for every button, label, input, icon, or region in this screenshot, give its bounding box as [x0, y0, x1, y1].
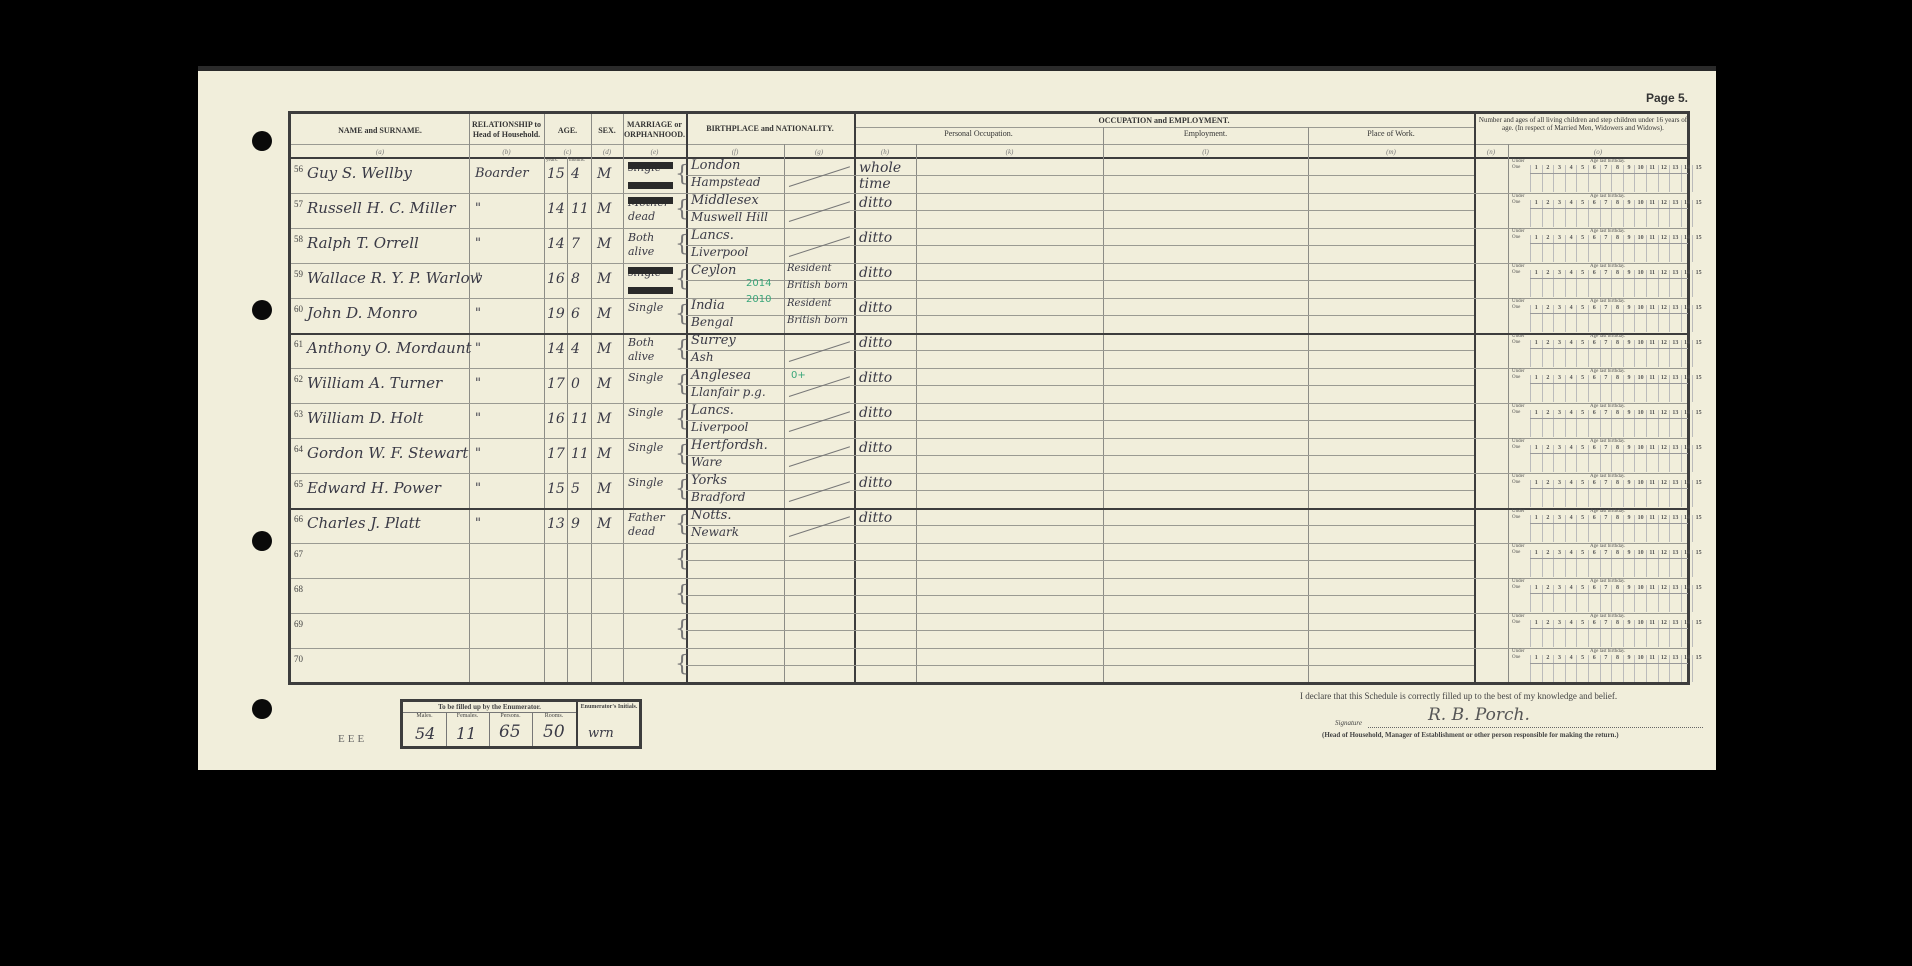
- nationality-line-1: Resident: [787, 298, 832, 309]
- persons-count: 65: [499, 722, 521, 742]
- birthplace-town: Bradford: [691, 490, 745, 504]
- under-one-label: Under One: [1512, 649, 1528, 661]
- age-number: 13: [1669, 305, 1681, 332]
- col-letter-g: (g): [784, 148, 854, 156]
- age-number: 13: [1669, 655, 1681, 682]
- column-divider: [567, 157, 568, 682]
- green-annotation: 2010: [746, 294, 771, 305]
- age-number: 11: [1646, 165, 1658, 192]
- age-months: 11: [571, 446, 589, 462]
- enumerator-box: To be filled up by the Enumerator. Enume…: [400, 699, 642, 749]
- age-number-row: 123456789101112131415: [1530, 655, 1704, 682]
- brace-mark: {: [675, 267, 689, 292]
- personal-occupation: ditto: [859, 300, 892, 316]
- age-number: 4: [1565, 515, 1577, 542]
- age-number: 6: [1588, 235, 1600, 262]
- rule: [291, 157, 1687, 159]
- age-number: 8: [1611, 235, 1623, 262]
- age-number: 9: [1623, 445, 1635, 472]
- age-number: 5: [1576, 200, 1588, 227]
- birthplace-county: India: [691, 298, 725, 313]
- personal-occupation: ditto: [859, 475, 892, 491]
- person-name: Wallace R. Y. P. Warlow: [307, 269, 482, 287]
- age-number: 1: [1530, 620, 1542, 647]
- age-number: 1: [1530, 655, 1542, 682]
- header-occupation: OCCUPATION and EMPLOYMENT.: [854, 116, 1474, 126]
- age-years: 15: [547, 481, 565, 497]
- rule: [291, 333, 1687, 335]
- age-number: 10: [1634, 620, 1646, 647]
- age-last-birthday-label: Age last birthday.: [1590, 509, 1625, 514]
- rule: [291, 613, 1687, 614]
- birthplace-town: Hampstead: [691, 175, 761, 189]
- signature-line: [1368, 715, 1703, 728]
- rule: [686, 595, 1474, 596]
- row-number: 65: [294, 479, 303, 489]
- row-number: 59: [294, 269, 303, 279]
- rule: [291, 263, 1687, 264]
- age-number: 15: [1692, 585, 1704, 612]
- age-number: 2: [1542, 620, 1554, 647]
- age-number: 1: [1530, 270, 1542, 297]
- age-last-birthday-label: Age last birthday.: [1590, 649, 1625, 654]
- under-one-label: Under One: [1512, 474, 1528, 486]
- age-number: 15: [1692, 445, 1704, 472]
- age-number: 2: [1542, 270, 1554, 297]
- age-years: 15: [547, 166, 565, 182]
- age-number: 3: [1553, 585, 1565, 612]
- age-number: 13: [1669, 515, 1681, 542]
- under-one-label: Under One: [1512, 299, 1528, 311]
- age-last-birthday-label: Age last birthday.: [1590, 159, 1625, 164]
- personal-occupation: whole: [859, 160, 901, 176]
- relationship: ": [475, 341, 481, 356]
- age-number: 4: [1565, 445, 1577, 472]
- brace-mark: {: [675, 477, 689, 502]
- age-number-row: 123456789101112131415: [1530, 235, 1704, 262]
- age-number: 13: [1669, 270, 1681, 297]
- col-letter-b: (b): [469, 148, 544, 156]
- age-number-row: 123456789101112131415: [1530, 550, 1704, 577]
- age-number: 2: [1542, 515, 1554, 542]
- sex: M: [597, 376, 611, 392]
- brace-mark: {: [675, 582, 689, 607]
- age-number: 4: [1565, 585, 1577, 612]
- sex: M: [597, 481, 611, 497]
- row-number: 60: [294, 304, 303, 314]
- age-number: 12: [1658, 235, 1670, 262]
- punch-hole: [252, 131, 272, 151]
- column-divider: [1508, 144, 1509, 682]
- rule: [686, 525, 1474, 526]
- age-number: 11: [1646, 515, 1658, 542]
- sex: M: [597, 516, 611, 532]
- age-number: 13: [1669, 585, 1681, 612]
- age-number: 9: [1623, 375, 1635, 402]
- col-letter-o: (o): [1508, 148, 1688, 156]
- header-place-of-work: Place of Work.: [1308, 129, 1474, 139]
- census-schedule-page: Page 5. NAME and SURNAME. RELATIONSHIP t…: [198, 66, 1716, 770]
- age-number: 5: [1576, 480, 1588, 507]
- age-number: 8: [1611, 165, 1623, 192]
- col-letter-n: (n): [1474, 148, 1508, 156]
- relationship: ": [475, 376, 481, 391]
- children-age-grid: Under OneAge last birthday.1234567891011…: [1510, 439, 1688, 472]
- age-months: 4: [571, 341, 580, 357]
- rule: [686, 385, 1474, 386]
- brace-mark: {: [675, 617, 689, 642]
- age-number: 4: [1565, 235, 1577, 262]
- age-number: 7: [1600, 235, 1612, 262]
- age-number: 13: [1669, 445, 1681, 472]
- age-number: 2: [1542, 305, 1554, 332]
- age-number: 14: [1681, 340, 1693, 367]
- age-number: 12: [1658, 410, 1670, 437]
- rule: [291, 298, 1687, 299]
- age-number: 6: [1588, 270, 1600, 297]
- age-months: 8: [571, 271, 580, 287]
- age-number: 6: [1588, 620, 1600, 647]
- age-number: 1: [1530, 200, 1542, 227]
- age-number: 6: [1588, 375, 1600, 402]
- age-number: 6: [1588, 410, 1600, 437]
- header-children: Number and ages of all living children a…: [1477, 116, 1689, 132]
- age-number: 10: [1634, 340, 1646, 367]
- brace-mark: {: [675, 512, 689, 537]
- age-number: 6: [1588, 165, 1600, 192]
- age-number: 7: [1600, 200, 1612, 227]
- age-number: 9: [1623, 550, 1635, 577]
- birthplace-county: Hertfordsh.: [691, 438, 768, 453]
- age-number: 15: [1692, 410, 1704, 437]
- age-number: 5: [1576, 515, 1588, 542]
- age-number: 6: [1588, 480, 1600, 507]
- age-number: 13: [1669, 200, 1681, 227]
- age-number: 3: [1553, 515, 1565, 542]
- children-age-grid: Under OneAge last birthday.1234567891011…: [1510, 579, 1688, 612]
- age-number: 2: [1542, 375, 1554, 402]
- age-number: 5: [1576, 445, 1588, 472]
- column-divider: [784, 144, 785, 682]
- age-number: 15: [1692, 375, 1704, 402]
- col-letter-e: (e): [623, 148, 686, 156]
- sex: M: [597, 446, 611, 462]
- sex: M: [597, 271, 611, 287]
- age-number: 14: [1681, 410, 1693, 437]
- age-number: 11: [1646, 270, 1658, 297]
- age-number: 5: [1576, 165, 1588, 192]
- age-number: 11: [1646, 340, 1658, 367]
- age-number: 3: [1553, 445, 1565, 472]
- personal-occupation-cont: time: [859, 176, 891, 192]
- age-number: 8: [1611, 480, 1623, 507]
- age-years: 14: [547, 201, 565, 217]
- rule: [291, 403, 1687, 404]
- nationality-line-1: Resident: [787, 263, 832, 274]
- age-number-row: 123456789101112131415: [1530, 305, 1704, 332]
- age-number: 5: [1576, 375, 1588, 402]
- person-name: Ralph T. Orrell: [307, 234, 419, 252]
- children-age-grid: Under OneAge last birthday.1234567891011…: [1510, 334, 1688, 367]
- birthplace-county: London: [691, 158, 740, 173]
- age-number: 10: [1634, 305, 1646, 332]
- declaration-text: I declare that this Schedule is correctl…: [1300, 691, 1617, 701]
- age-number: 14: [1681, 235, 1693, 262]
- age-number-row: 123456789101112131415: [1530, 200, 1704, 227]
- age-number-row: 123456789101112131415: [1530, 445, 1704, 472]
- strike-mark: [789, 201, 850, 222]
- rule: [291, 648, 1687, 649]
- col-letter-d: (d): [591, 148, 623, 156]
- age-number: 9: [1623, 305, 1635, 332]
- age-number: 12: [1658, 305, 1670, 332]
- age-number-row: 123456789101112131415: [1530, 270, 1704, 297]
- rule: [291, 543, 1687, 544]
- strike-mark: [789, 446, 850, 467]
- age-number: 1: [1530, 550, 1542, 577]
- age-last-birthday-label: Age last birthday.: [1590, 194, 1625, 199]
- age-number: 10: [1634, 550, 1646, 577]
- age-number: 6: [1588, 585, 1600, 612]
- age-number-row: 123456789101112131415: [1530, 410, 1704, 437]
- birthplace-county: Middlesex: [691, 193, 759, 208]
- age-months: 0: [571, 376, 580, 392]
- children-age-grid: Under OneAge last birthday.1234567891011…: [1510, 229, 1688, 262]
- rule: [686, 350, 1474, 351]
- signature: R. B. Porch.: [1428, 705, 1530, 725]
- age-number: 3: [1553, 270, 1565, 297]
- page-number: Page 5.: [1646, 91, 1688, 105]
- age-number: 15: [1692, 480, 1704, 507]
- personal-occupation: ditto: [859, 265, 892, 281]
- age-months: 7: [571, 236, 580, 252]
- punch-hole: [252, 300, 272, 320]
- age-number: 10: [1634, 585, 1646, 612]
- relationship: ": [475, 201, 481, 216]
- age-number: 4: [1565, 340, 1577, 367]
- person-name: Gordon W. F. Stewart: [307, 444, 468, 462]
- age-number: 3: [1553, 235, 1565, 262]
- children-age-grid: Under OneAge last birthday.1234567891011…: [1510, 264, 1688, 297]
- children-age-grid: Under OneAge last birthday.1234567891011…: [1510, 194, 1688, 227]
- age-number: 2: [1542, 655, 1554, 682]
- age-number: 5: [1576, 305, 1588, 332]
- col-letter-l: (l): [1103, 148, 1308, 156]
- age-number: 13: [1669, 375, 1681, 402]
- age-number: 11: [1646, 375, 1658, 402]
- age-number: 4: [1565, 550, 1577, 577]
- brace-mark: {: [675, 407, 689, 432]
- brace-mark: {: [675, 372, 689, 397]
- person-name: Russell H. C. Miller: [307, 199, 455, 217]
- age-number: 10: [1634, 235, 1646, 262]
- age-number: 8: [1611, 410, 1623, 437]
- relationship: ": [475, 271, 481, 286]
- age-number: 1: [1530, 375, 1542, 402]
- rule: [291, 228, 1687, 229]
- row-number: 61: [294, 339, 303, 349]
- under-one-label: Under One: [1512, 404, 1528, 416]
- age-number: 12: [1658, 165, 1670, 192]
- row-number: 63: [294, 409, 303, 419]
- age-number: 11: [1646, 480, 1658, 507]
- age-number-row: 123456789101112131415: [1530, 165, 1704, 192]
- age-number: 3: [1553, 165, 1565, 192]
- col-letter-k: (k): [916, 148, 1103, 156]
- row-number: 62: [294, 374, 303, 384]
- col-letter-a: (a): [291, 148, 469, 156]
- relationship: Boarder: [475, 166, 529, 181]
- age-number: 4: [1565, 305, 1577, 332]
- age-number: 2: [1542, 340, 1554, 367]
- age-number: 1: [1530, 340, 1542, 367]
- strike-mark: [789, 236, 850, 257]
- birthplace-town: Muswell Hill: [691, 210, 768, 224]
- age-number: 14: [1681, 515, 1693, 542]
- brace-mark: {: [675, 162, 689, 187]
- age-number: 14: [1681, 550, 1693, 577]
- children-age-grid: Under OneAge last birthday.1234567891011…: [1510, 544, 1688, 577]
- rooms-label: Rooms.: [532, 713, 576, 719]
- age-last-birthday-label: Age last birthday.: [1590, 579, 1625, 584]
- column-divider: [623, 114, 624, 682]
- redaction-mark: [628, 287, 673, 294]
- age-number: 5: [1576, 410, 1588, 437]
- age-years: 16: [547, 411, 565, 427]
- rooms-count: 50: [543, 722, 565, 742]
- age-number: 8: [1611, 550, 1623, 577]
- row-number: 70: [294, 654, 303, 664]
- age-number: 7: [1600, 620, 1612, 647]
- age-number: 15: [1692, 270, 1704, 297]
- sex: M: [597, 166, 611, 182]
- age-last-birthday-label: Age last birthday.: [1590, 334, 1625, 339]
- age-number: 5: [1576, 235, 1588, 262]
- brace-mark: {: [675, 442, 689, 467]
- enumerator-initials-label: Enumerator's Initials.: [579, 704, 639, 710]
- children-age-grid: Under OneAge last birthday.1234567891011…: [1510, 649, 1688, 682]
- brace-mark: {: [675, 337, 689, 362]
- rule: [686, 455, 1474, 456]
- age-number: 13: [1669, 550, 1681, 577]
- birthplace-town: Ware: [691, 455, 722, 469]
- header-employment: Employment.: [1103, 129, 1308, 139]
- column-divider: [591, 114, 592, 682]
- relationship: ": [475, 481, 481, 496]
- strike-mark: [789, 341, 850, 362]
- row-number: 56: [294, 164, 303, 174]
- redaction-mark: [628, 162, 673, 169]
- age-number: 9: [1623, 200, 1635, 227]
- age-number: 8: [1611, 515, 1623, 542]
- age-number: 8: [1611, 445, 1623, 472]
- under-one-label: Under One: [1512, 614, 1528, 626]
- age-number: 9: [1623, 655, 1635, 682]
- age-number: 8: [1611, 585, 1623, 612]
- age-number: 6: [1588, 515, 1600, 542]
- age-number: 12: [1658, 620, 1670, 647]
- age-number: 12: [1658, 515, 1670, 542]
- age-number: 10: [1634, 480, 1646, 507]
- age-number: 14: [1681, 585, 1693, 612]
- age-number: 15: [1692, 550, 1704, 577]
- age-years: 17: [547, 446, 565, 462]
- age-number: 8: [1611, 305, 1623, 332]
- brace-mark: {: [675, 547, 689, 572]
- age-last-birthday-label: Age last birthday.: [1590, 544, 1625, 549]
- age-number: 7: [1600, 515, 1612, 542]
- rule: [686, 245, 1474, 246]
- age-years: 16: [547, 271, 565, 287]
- under-one-label: Under One: [1512, 509, 1528, 521]
- under-one-label: Under One: [1512, 159, 1528, 171]
- relationship: ": [475, 516, 481, 531]
- age-number: 4: [1565, 620, 1577, 647]
- signature-label: Signature: [1335, 719, 1362, 727]
- column-divider: [1474, 114, 1476, 682]
- age-number: 7: [1600, 165, 1612, 192]
- birthplace-county: Lancs.: [691, 403, 734, 418]
- header-relationship: RELATIONSHIP to Head of Household.: [469, 120, 544, 140]
- age-number: 15: [1692, 655, 1704, 682]
- age-number: 12: [1658, 270, 1670, 297]
- relationship: ": [475, 236, 481, 251]
- age-number: 15: [1692, 340, 1704, 367]
- relationship: ": [475, 306, 481, 321]
- age-number: 15: [1692, 620, 1704, 647]
- age-number: 9: [1623, 515, 1635, 542]
- children-age-grid: Under OneAge last birthday.1234567891011…: [1510, 299, 1688, 332]
- age-number: 7: [1600, 550, 1612, 577]
- age-number-row: 123456789101112131415: [1530, 375, 1704, 402]
- under-one-label: Under One: [1512, 229, 1528, 241]
- nationality-line-2: British born: [787, 280, 848, 291]
- under-one-label: Under One: [1512, 544, 1528, 556]
- age-number: 2: [1542, 585, 1554, 612]
- age-number-row: 123456789101112131415: [1530, 515, 1704, 542]
- age-last-birthday-label: Age last birthday.: [1590, 474, 1625, 479]
- age-number: 11: [1646, 550, 1658, 577]
- age-number: 4: [1565, 410, 1577, 437]
- age-number: 8: [1611, 375, 1623, 402]
- age-number: 12: [1658, 340, 1670, 367]
- under-one-label: Under One: [1512, 334, 1528, 346]
- brace-mark: {: [675, 652, 689, 677]
- age-number: 6: [1588, 340, 1600, 367]
- age-number: 5: [1576, 550, 1588, 577]
- age-number: 10: [1634, 200, 1646, 227]
- under-one-label: Under One: [1512, 264, 1528, 276]
- rule: [686, 560, 1474, 561]
- age-number: 4: [1565, 165, 1577, 192]
- age-number: 15: [1692, 235, 1704, 262]
- rule: [291, 473, 1687, 474]
- age-number: 12: [1658, 480, 1670, 507]
- age-number: 7: [1600, 340, 1612, 367]
- age-number: 14: [1681, 200, 1693, 227]
- age-number: 8: [1611, 620, 1623, 647]
- age-number: 10: [1634, 410, 1646, 437]
- age-number: 8: [1611, 655, 1623, 682]
- row-number: 67: [294, 549, 303, 559]
- age-number: 1: [1530, 235, 1542, 262]
- age-number: 13: [1669, 620, 1681, 647]
- age-number: 4: [1565, 375, 1577, 402]
- age-number: 1: [1530, 165, 1542, 192]
- age-number: 14: [1681, 305, 1693, 332]
- age-months: 5: [571, 481, 580, 497]
- age-number: 4: [1565, 200, 1577, 227]
